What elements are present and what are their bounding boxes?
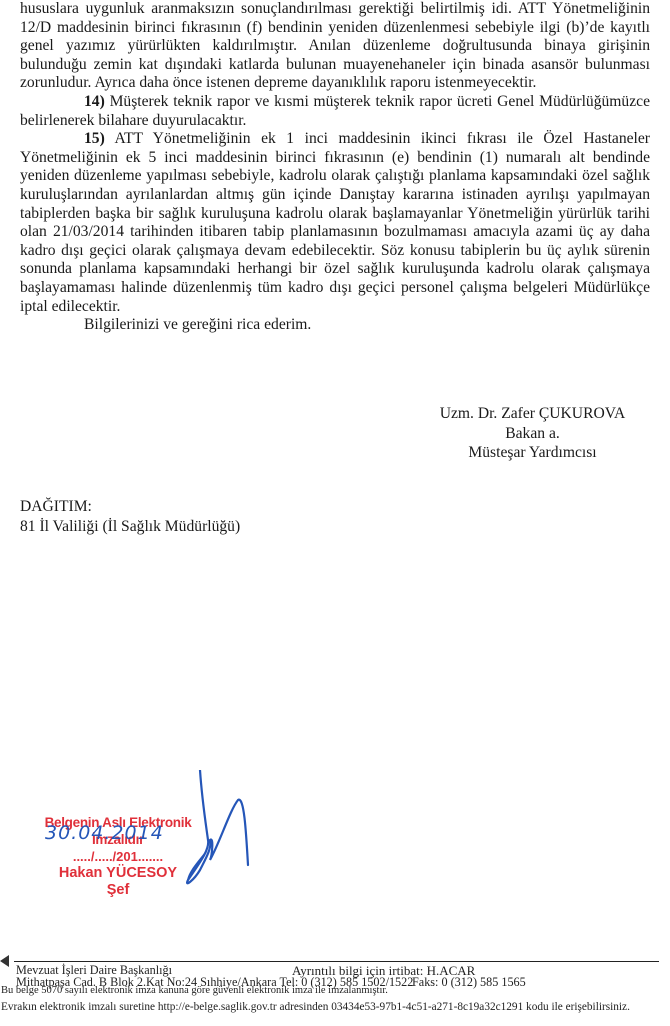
footer-fax: Faks: 0 (312) 585 1565 [412, 976, 526, 989]
closing-line: Bilgilerinizi ve gereğini rica ederim. [20, 316, 650, 335]
signer-title: Müsteşar Yardımcısı [400, 443, 665, 463]
paragraph-14-text: Müşterek teknik rapor ve kısmi müşterek … [20, 93, 650, 129]
signature-block: Uzm. Dr. Zafer ÇUKUROVA Bakan a. Müsteşa… [400, 404, 665, 463]
paragraph-14: 14) Müşterek teknik rapor ve kısmi müşte… [20, 93, 650, 130]
handwritten-signature-icon [180, 770, 260, 900]
distribution-heading: DAĞITIM: [20, 497, 240, 517]
paragraph-15-text: ATT Yönetmeliğinin ek 1 inci maddesinin … [20, 130, 650, 314]
footer-verify-notice: Evrakın elektronik imzalı suretine http:… [1, 1001, 630, 1014]
paragraph-number: 15) [84, 130, 105, 147]
signer-name: Uzm. Dr. Zafer ÇUKUROVA [400, 404, 665, 424]
distribution-block: DAĞITIM: 81 İl Valiliği (İl Sağlık Müdür… [20, 497, 240, 536]
footer-esign-notice: Bu belge 5070 sayılı elektronik imza kan… [1, 984, 388, 997]
signer-on-behalf: Bakan a. [400, 424, 665, 444]
document-body: hususlara uygunluk aranmaksızın sonuçlan… [20, 0, 650, 335]
footer-divider [14, 961, 659, 962]
paragraph-15: 15) ATT Yönetmeliğinin ek 1 inci maddesi… [20, 130, 650, 316]
handwritten-date: 30.04.2014 [45, 822, 164, 844]
footer-corner-mark-icon [0, 955, 9, 967]
paragraph-13-continuation: hususlara uygunluk aranmaksızın sonuçlan… [20, 0, 650, 93]
paragraph-number: 14) [84, 93, 105, 110]
distribution-recipient: 81 İl Valiliği (İl Sağlık Müdürlüğü) [20, 517, 240, 537]
